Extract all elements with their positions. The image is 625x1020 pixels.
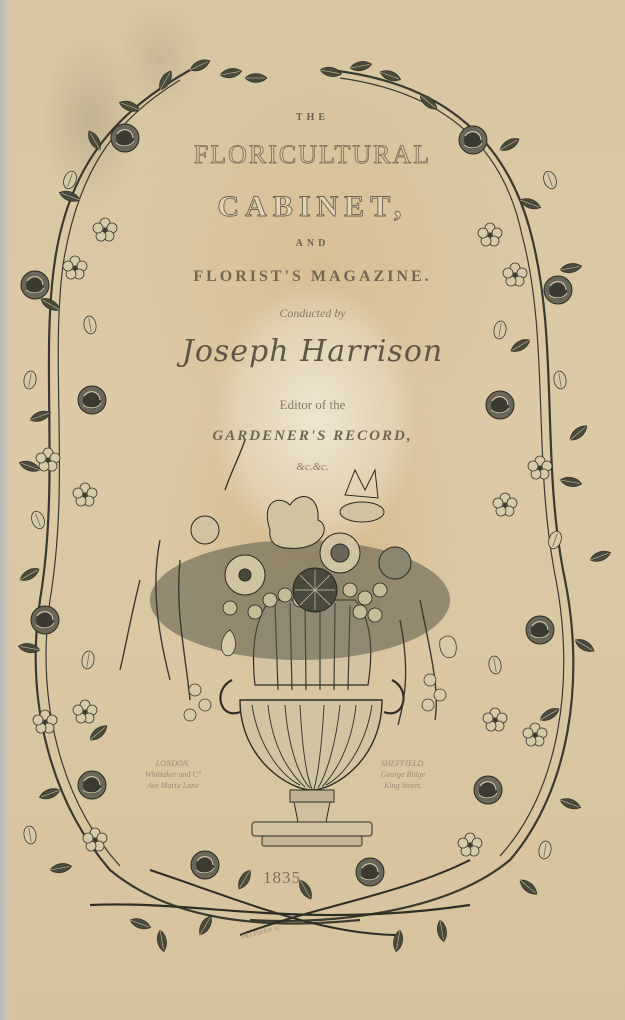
etc-text: &c.&c. — [0, 461, 625, 473]
publisher-name: Whittaker and C° — [128, 769, 218, 780]
publisher-city: LONDON. — [128, 758, 218, 769]
editor-name: Joseph Harrison — [0, 334, 625, 369]
publication-year: 1835 — [263, 868, 301, 888]
publisher-address: Ave Maria Lane — [128, 780, 218, 791]
title-cabinet: CABINET, — [0, 190, 625, 224]
title-floricultural: FLORICULTURAL — [0, 140, 625, 170]
publisher-name: George Ridge — [358, 769, 448, 780]
title-and: AND — [0, 238, 625, 249]
editor-of-label: Editor of the — [0, 397, 625, 413]
other-publication: GARDENER'S RECORD, — [0, 428, 625, 445]
subtitle: FLORIST'S MAGAZINE. — [0, 268, 625, 286]
publisher-address: King Street. — [358, 780, 448, 791]
publisher-city: SHEFFIELD. — [358, 758, 448, 769]
publisher-sheffield: SHEFFIELD. George Ridge King Street. — [358, 758, 448, 791]
conducted-by: Conducted by — [0, 306, 625, 321]
title-page: THE FLORICULTURAL CABINET, AND FLORIST'S… — [0, 0, 625, 1020]
publisher-london: LONDON. Whittaker and C° Ave Maria Lane — [128, 758, 218, 791]
title-the: THE — [0, 112, 625, 123]
